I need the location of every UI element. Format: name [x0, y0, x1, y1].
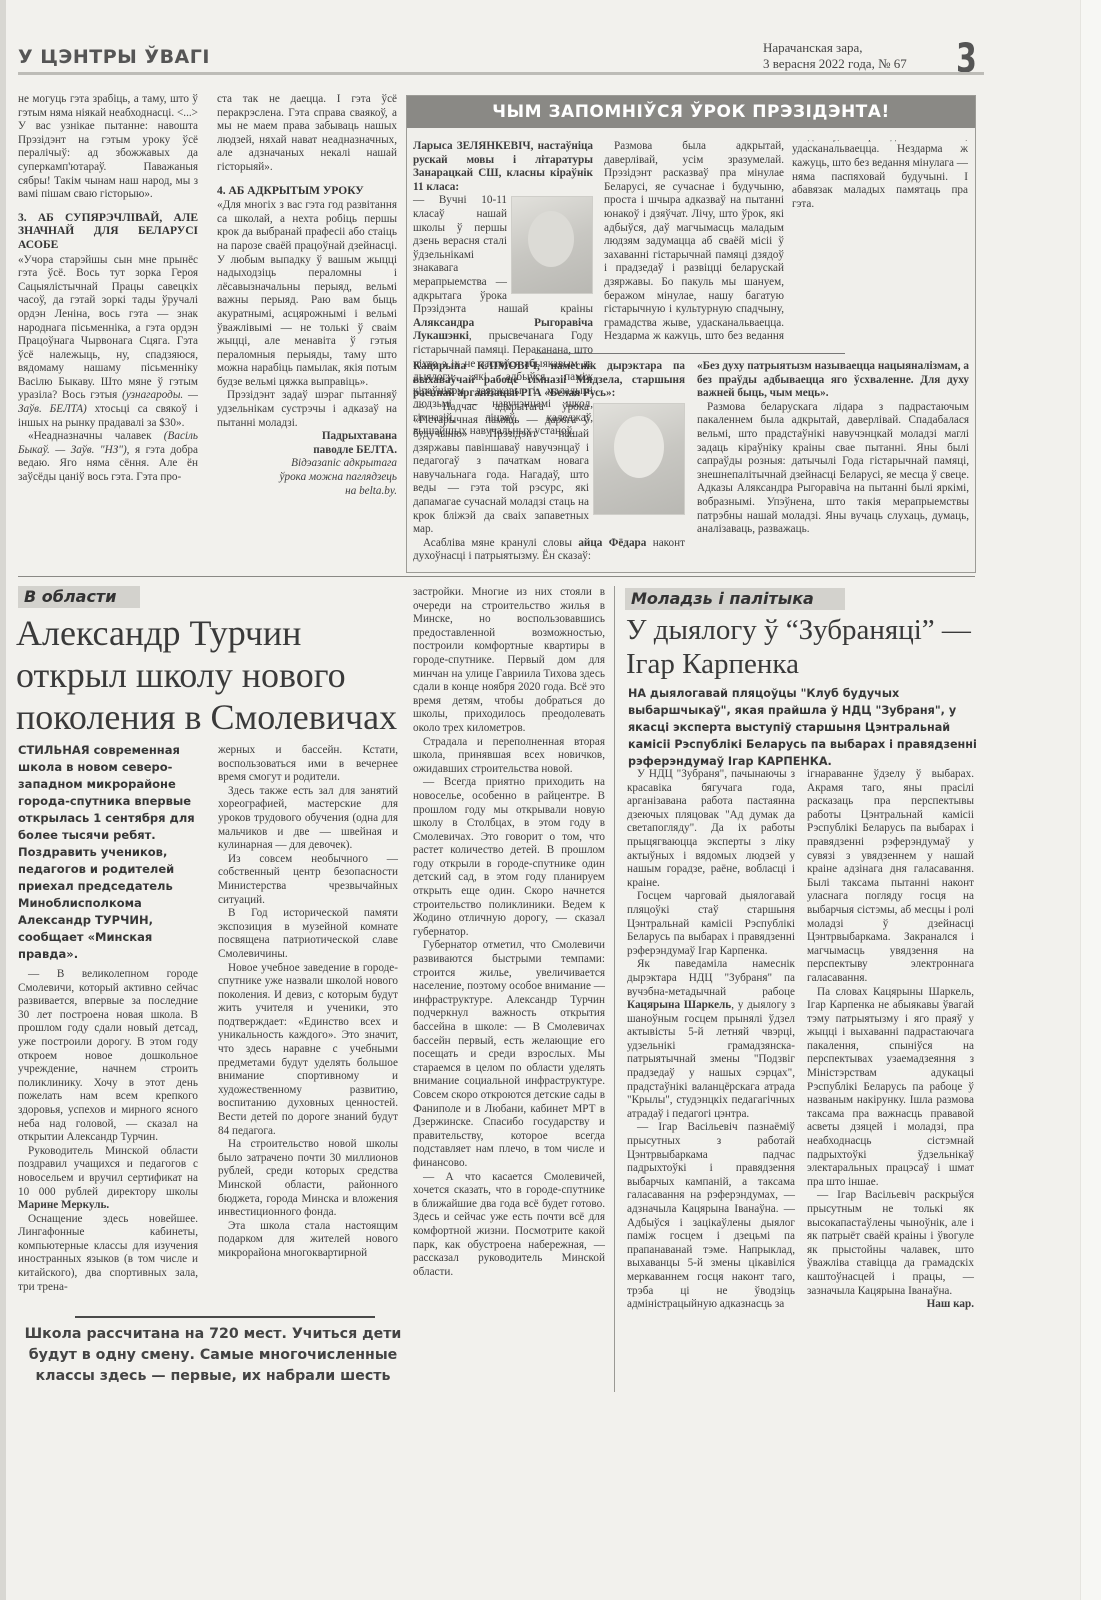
box-col-right-lower: «Без духу патрыятызм называецца нацыянал…	[697, 360, 969, 537]
section-divider	[18, 576, 975, 577]
paragraph: У НДЦ "Зубраня", пачынаючы з красавіка б…	[627, 768, 795, 890]
paragraph: застройки. Многие из них стояли в очеред…	[413, 586, 605, 736]
portrait-face	[528, 211, 574, 267]
paragraph: Страдала и переполненная вторая школа, п…	[413, 736, 605, 777]
portrait-face	[614, 416, 664, 478]
paragraph: Асабліва мяне кранулі словы айца Фёдара …	[413, 537, 685, 564]
paragraph: — Ігар Васільевіч пазнаёміў прысутных з …	[627, 1121, 795, 1311]
header-divider	[18, 72, 984, 75]
paragraph: Размова была адкрытай, даверлівай, усім …	[792, 140, 968, 211]
youth-headline: У дыялогу ў “Зубраняці” — Ігар Карпенка	[626, 613, 986, 681]
paragraph: Размова беларускага лідара з падрастаючы…	[697, 401, 969, 537]
oblast-lead: СТИЛЬНАЯ современная школа в новом север…	[18, 742, 198, 963]
paragraph: Эта школа стала настоящим подарком для ж…	[218, 1220, 398, 1261]
box-divider	[535, 353, 845, 354]
paragraph: На строительство новой школы было затрач…	[218, 1138, 398, 1220]
person-intro: Кацярына КЛІМОВІЧ, намеснік дырэктара па…	[413, 360, 685, 401]
paragraph: жерных и бассейн. Кстати, воспользоватьс…	[218, 744, 398, 785]
subheading-4: 4. АБ АДКРЫТЫМ УРОКУ	[217, 185, 397, 199]
paragraph: — В великолепном городе Смолевичи, котор…	[18, 968, 198, 1145]
pull-quote-rule	[75, 1316, 375, 1318]
quote: «Без духу патрыятызм называецца нацыянал…	[697, 360, 969, 401]
issue-date: 3 верасня 2022 года, № 67	[763, 56, 907, 72]
youth-col-2: ігнараванне ўдзелу ў выбарах. Акрамя таг…	[807, 768, 974, 1312]
page-header: У ЦЭНТРЫ ЎВАГІ Нарачанская зара, 3 верас…	[18, 40, 993, 76]
newspaper-page: У ЦЭНТРЫ ЎВАГІ Нарачанская зара, 3 верас…	[0, 0, 1101, 1600]
paragraph: ігнараванне ўдзелу ў выбарах. Акрамя таг…	[807, 768, 974, 986]
paragraph: «Учора старэйшы сын мне прынёс гэта ўсё.…	[18, 254, 198, 431]
paragraph: — Ігар Васільевіч раскрыўся прысутным не…	[807, 1189, 974, 1298]
box-col-3: Размова была адкрытай, даверлівай, усім …	[792, 140, 968, 340]
page-number: 3	[956, 36, 977, 82]
paragraph: Размова была адкрытай, даверлівай, усім …	[604, 140, 784, 340]
section-tag-oblast: В области	[18, 586, 140, 608]
section-rubric: У ЦЭНТРЫ ЎВАГІ	[18, 46, 210, 68]
paper-info: Нарачанская зара, 3 верасня 2022 года, №…	[763, 40, 907, 72]
paragraph: не могуць гэта зрабіць, а таму, што ў гэ…	[18, 93, 198, 202]
youth-col-1: У НДЦ "Зубраня", пачынаючы з красавіка б…	[627, 768, 795, 1312]
paper-name: Нарачанская зара,	[763, 40, 907, 56]
person-intro: Ларыса ЗЕЛЯНКЕВІЧ, настаўніца рускай мов…	[413, 140, 593, 194]
oblast-headline: Александр Турчин открыл школу нового пок…	[16, 612, 411, 738]
box-col-left-lower: Кацярына КЛІМОВІЧ, намеснік дырэктара па…	[413, 360, 685, 564]
paragraph: — Всегда приятно приходить на новоселье,…	[413, 776, 605, 939]
paragraph: Як паведаміла намеснік дырэктара НДЦ "Зу…	[627, 958, 795, 1121]
paragraph: — А что касается Смолевичей, хочется ска…	[413, 1171, 605, 1280]
page-binding-shadow	[0, 0, 6, 1600]
oblast-col-2: жерных и бассейн. Кстати, воспользоватьс…	[218, 744, 398, 1261]
video-note: ўрока можна паглядзець	[217, 471, 397, 485]
paragraph: Па словах Кацярыны Шаркель, Ігар Карпенк…	[807, 986, 974, 1190]
portrait-photo-klimovich	[593, 403, 685, 515]
portrait-photo-zelyankevich	[511, 196, 593, 294]
box-col-2: Размова была адкрытай, даверлівай, усім …	[604, 140, 784, 340]
box-title: ЧЫМ ЗАПОМНІЎСЯ ЎРОК ПРЭЗІДЭНТА!	[407, 96, 975, 128]
top-article-col-2: ста так не даецца. І гэта ўсё перакрэсле…	[217, 93, 397, 498]
section-tag-youth: Моладзь і палітыка	[625, 588, 845, 610]
page-right-margin	[1080, 0, 1101, 1600]
paragraph: Из совсем необычного — собственный центр…	[218, 853, 398, 907]
paragraph: «Неадназначны чалавек (Васіль Быкаў. — З…	[18, 430, 198, 484]
column-rule	[614, 586, 615, 1392]
top-article-col-1: не могуць гэта зрабіць, а таму, што ў гэ…	[18, 93, 198, 485]
paragraph: Оснащение здесь новейшее. Лингафонные ка…	[18, 1213, 198, 1295]
paragraph: В Год исторической памяти экспозиция в м…	[218, 907, 398, 961]
oblast-col-3: застройки. Многие из них стояли в очеред…	[413, 586, 605, 1279]
paragraph: Госцем чарговай дыялогавай пляцоўкі стаў…	[627, 890, 795, 958]
pull-quote: Школа рассчитана на 720 мест. Учиться де…	[18, 1324, 408, 1387]
youth-lead: НА дыялогавай пляцоўцы "Клуб будучых выб…	[628, 685, 978, 770]
signature: Наш кар.	[807, 1298, 974, 1312]
paragraph: Руководитель Минской области поздравил у…	[18, 1145, 198, 1213]
paragraph: «Для многіх з вас гэта год развітання са…	[217, 199, 397, 389]
credit-line: Падрыхтавана	[217, 430, 397, 444]
subheading-3: 3. АБ СУПЯРЭЧЛІВАЙ, АЛЕ ЗНАЧНАЙ ДЛЯ БЕЛА…	[18, 212, 198, 253]
paragraph: Губернатор отметил, что Смолевичи развив…	[413, 939, 605, 1170]
oblast-col-1: — В великолепном городе Смолевичи, котор…	[18, 968, 198, 1294]
credit-line: паводле БЕЛТА.	[217, 444, 397, 458]
paragraph: Новое учебное заведение в городе-спутник…	[218, 962, 398, 1139]
paragraph: ста так не даецца. І гэта ўсё перакрэсле…	[217, 93, 397, 175]
president-lesson-box: ЧЫМ ЗАПОМНІЎСЯ ЎРОК ПРЭЗІДЭНТА! Ларыса З…	[406, 95, 976, 573]
video-note-link[interactable]: на belta.by.	[217, 485, 397, 499]
paragraph: Прэзідэнт задаў шэраг пытанняў удзельнік…	[217, 389, 397, 430]
paragraph: Здесь также есть зал для занятий хореогр…	[218, 785, 398, 853]
video-note: Відэазапіс адкрытага	[217, 457, 397, 471]
